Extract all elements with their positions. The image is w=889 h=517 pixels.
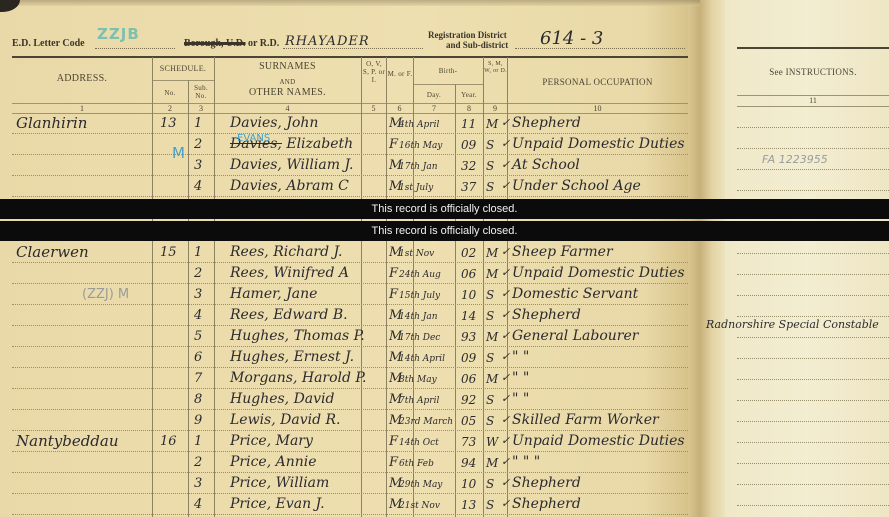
occupation-cell: " "	[512, 349, 529, 365]
occupation-cell: Unpaid Domestic Duties	[512, 136, 685, 152]
occupation-cell: " "	[512, 370, 529, 386]
right-row-rule	[737, 190, 889, 191]
schedule-sub-cell: 4	[194, 179, 202, 194]
col-sex: M. or F.	[387, 70, 413, 78]
marital-cell: S	[486, 288, 494, 302]
tick-icon: ✓	[501, 476, 510, 489]
birth-year-cell: 10	[461, 288, 476, 302]
birth-day-cell: 17th Jan	[399, 162, 438, 172]
occupation-cell: Shepherd	[512, 115, 581, 131]
name-cell: Price, Evan J.	[230, 496, 325, 512]
row-rule	[12, 133, 688, 134]
tick-icon: ✓	[501, 158, 510, 171]
right-row-rule	[737, 379, 889, 380]
name-cell: Hughes, Thomas P.	[230, 328, 365, 344]
marital-cell: W	[486, 435, 498, 449]
birth-day-cell: 14th Jan	[399, 312, 438, 322]
name-cell: Price, Annie	[230, 454, 317, 470]
name-text: Davies, Abram C	[230, 178, 349, 194]
col-instructions: See INSTRUCTIONS.	[737, 67, 889, 77]
name-text: Rees, Richard J.	[230, 244, 343, 260]
schedule-sub-cell: 1	[194, 434, 202, 449]
birth-year-cell: 13	[461, 498, 476, 512]
row-rule	[12, 451, 688, 452]
birth-day-cell: 1st Nov	[399, 249, 434, 259]
birth-day-cell: 8th May	[399, 375, 437, 385]
marital-cell: S	[486, 498, 494, 512]
row-rule	[12, 409, 688, 410]
schedule-sub-cell: 3	[194, 158, 202, 173]
address-cell: Glanhirin	[16, 114, 87, 132]
birth-year-cell: 06	[461, 267, 476, 281]
right-row-rule	[737, 274, 889, 275]
marital-cell: M	[486, 267, 498, 281]
register-right-page	[725, 0, 889, 517]
right-row-rule	[737, 463, 889, 464]
name-correction: EVANS	[237, 133, 270, 144]
address-cell: Nantybeddau	[16, 432, 119, 450]
schedule-sub-cell: 3	[194, 287, 202, 302]
colnum: 4	[214, 104, 361, 113]
colnum: 3	[188, 104, 214, 113]
name-text: Hamer, Jane	[230, 286, 317, 302]
name-text: Price, Evan J.	[230, 496, 325, 512]
row-rule	[12, 304, 688, 305]
occupation-cell: " " "	[512, 454, 540, 470]
address-annotation-zzj: (ZZJ) M	[82, 287, 129, 302]
tick-icon: ✓	[501, 308, 510, 321]
tick-icon: ✓	[501, 350, 510, 363]
occupation-cell: Under School Age	[512, 178, 641, 194]
marital-cell: S	[486, 180, 494, 194]
right-row-rule	[737, 316, 889, 317]
col-divider	[483, 57, 484, 517]
book-gutter	[688, 0, 728, 517]
birth-year-cell: 94	[461, 456, 476, 470]
table-top-rule	[12, 56, 688, 58]
name-cell: Rees, Edward B.	[230, 307, 348, 323]
marital-cell: S	[486, 393, 494, 407]
row-rule	[12, 262, 688, 263]
birth-day-cell: 17th Dec	[399, 333, 440, 343]
colnum: 2	[152, 104, 188, 113]
schedule-sub-cell: 3	[194, 476, 202, 491]
right-row-rule	[737, 400, 889, 401]
marital-cell: S	[486, 477, 494, 491]
name-text: Morgans, Harold P.	[230, 370, 366, 386]
colnum: 5	[361, 104, 386, 113]
name-cell: Rees, Richard J.	[230, 244, 343, 260]
occupation-cell: Sheep Farmer	[512, 244, 613, 260]
tick-icon: ✓	[501, 245, 510, 258]
name-cell: Davies, John	[230, 115, 318, 131]
name-cell: Price, William	[230, 475, 329, 491]
occupation-cell: Skilled Farm Worker	[512, 412, 659, 428]
birth-year-cell: 73	[461, 435, 476, 449]
occupation-cell: Unpaid Domestic Duties	[512, 433, 685, 449]
birth-subrule	[413, 84, 483, 85]
row-rule	[12, 514, 688, 515]
birth-day-cell: 4th April	[399, 120, 439, 130]
birth-day-cell: 14th April	[399, 354, 445, 364]
col-surnames-3: OTHER NAMES.	[214, 88, 361, 98]
col-schedule: SCHEDULE.	[152, 64, 214, 74]
col-birth: Birth-	[413, 66, 483, 76]
row-rule	[12, 154, 688, 155]
name-text: Lewis, David R.	[230, 412, 341, 428]
row-rule	[12, 325, 688, 326]
schedule-no-cell: 15	[160, 245, 177, 260]
tick-icon: ✓	[501, 371, 510, 384]
birth-year-cell: 93	[461, 330, 476, 344]
name-text: Price, Annie	[230, 454, 317, 470]
col-divider	[152, 57, 153, 517]
col-schedule-sub: Sub. No.	[188, 84, 214, 100]
name-text: Davies, John	[230, 115, 318, 131]
right-row-rule	[737, 337, 889, 338]
rd-dotline	[283, 48, 423, 49]
birth-year-cell: 09	[461, 138, 476, 152]
schedule-sub-cell: 2	[194, 266, 202, 281]
col-birth-year: Year.	[455, 90, 483, 100]
closed-record-notice: This record is officially closed.	[0, 199, 889, 219]
schedule-sub-cell: 2	[194, 137, 202, 152]
rd-label: or R.D.	[248, 38, 279, 49]
right-row-rule	[737, 169, 889, 170]
right-row-rule	[737, 148, 889, 149]
col-divider	[386, 57, 387, 517]
birth-day-cell: 16th May	[399, 141, 442, 151]
reg-district-label-1: Registration District	[428, 30, 507, 40]
schedule-sub-cell: 2	[194, 455, 202, 470]
closed-record-notice: This record is officially closed.	[0, 221, 889, 241]
right-colnum-rule	[737, 106, 889, 107]
birth-day-cell: 14th Oct	[399, 438, 439, 448]
tick-icon: ✓	[501, 116, 510, 129]
name-cell: Hughes, David	[230, 391, 335, 407]
col-birth-day: Day.	[413, 90, 455, 100]
tick-icon: ✓	[501, 413, 510, 426]
right-note-fa: FA 1223955	[762, 153, 828, 166]
borough-label-struck: Borough, U.D.	[184, 38, 246, 49]
name-cell: Rees, Winifred A	[230, 265, 349, 281]
tick-icon: ✓	[501, 497, 510, 510]
birth-day-cell: 21st Nov	[399, 501, 440, 511]
right-row-rule	[737, 358, 889, 359]
birth-day-cell: 1st July	[399, 183, 433, 193]
rd-value: RHAYADER	[285, 34, 370, 49]
marital-cell: M	[486, 456, 498, 470]
col-marital: S, M, W, or D.	[484, 61, 507, 75]
colnum: 11	[737, 96, 889, 105]
colnum: 8	[455, 104, 483, 113]
right-top-rule	[737, 47, 889, 49]
col-schedule-no: No.	[152, 88, 188, 98]
right-row-rule	[737, 253, 889, 254]
occupation-cell: At School	[512, 157, 580, 173]
birth-day-cell: 23rd March	[399, 417, 453, 427]
row-rule	[12, 283, 688, 284]
right-row-rule	[737, 505, 889, 506]
schedule-sub-cell: 8	[194, 392, 202, 407]
marital-cell: S	[486, 309, 494, 323]
col-divider	[455, 84, 456, 517]
col-surnames-1: SURNAMES	[214, 62, 361, 72]
reg-dotline	[515, 48, 685, 49]
name-text: Hughes, David	[230, 391, 335, 407]
occupation-cell: Domestic Servant	[512, 286, 638, 302]
name-cell: Morgans, Harold P.	[230, 370, 366, 386]
tick-icon: ✓	[501, 329, 510, 342]
row-rule	[12, 388, 688, 389]
address-cell: Claerwen	[16, 243, 89, 261]
marital-cell: M	[486, 330, 498, 344]
page-top-edge	[0, 0, 700, 6]
name-text: Price, Mary	[230, 433, 313, 449]
marital-cell: M	[486, 372, 498, 386]
name-text: Hughes, Thomas P.	[230, 328, 365, 344]
colnum: 7	[413, 104, 455, 113]
occupation-cell: Shepherd	[512, 496, 581, 512]
row-rule	[12, 346, 688, 347]
schedule-sub-cell: 9	[194, 413, 202, 428]
col-surnames-2: AND	[214, 77, 361, 87]
name-cell: Davies, Abram C	[230, 178, 349, 194]
birth-day-cell: 24th Aug	[399, 270, 441, 280]
col-divider	[214, 57, 215, 517]
ed-letter-code-value: ZZJB	[97, 25, 140, 43]
schedule-no-cell: 13	[160, 116, 177, 131]
name-text: Elizabeth	[286, 136, 353, 152]
col-address: ADDRESS.	[12, 74, 152, 84]
colnum: 1	[12, 104, 152, 113]
schedule-subrule	[152, 80, 214, 81]
schedule-sub-cell: 1	[194, 245, 202, 260]
birth-year-cell: 09	[461, 351, 476, 365]
ed-code-dotline	[95, 48, 175, 49]
schedule-sub-cell: 4	[194, 308, 202, 323]
birth-year-cell: 05	[461, 414, 476, 428]
colnum: 6	[386, 104, 413, 113]
birth-year-cell: 37	[461, 180, 476, 194]
right-row-rule	[737, 484, 889, 485]
birth-day-cell: 15th July	[399, 291, 440, 301]
tick-icon: ✓	[501, 266, 510, 279]
schedule-no-cell: 16	[160, 434, 177, 449]
col-ovspi: O, V, S, P. or I.	[362, 60, 386, 84]
right-row-rule	[737, 421, 889, 422]
schedule-sub-cell: 4	[194, 497, 202, 512]
ed-letter-code-label: E.D. Letter Code	[12, 38, 85, 49]
right-row-rule	[737, 295, 889, 296]
birth-day-cell: 29th May	[399, 480, 442, 490]
row-rule	[12, 175, 688, 176]
birth-year-cell: 10	[461, 477, 476, 491]
birth-year-cell: 32	[461, 159, 476, 173]
schedule-sub-cell: 5	[194, 329, 202, 344]
occupation-cell: Shepherd	[512, 475, 581, 491]
reg-district-value: 614 - 3	[540, 28, 603, 49]
name-cell: Lewis, David R.	[230, 412, 341, 428]
sex-cell: F	[389, 287, 398, 302]
marital-cell: S	[486, 351, 494, 365]
occupation-cell: Unpaid Domestic Duties	[512, 265, 685, 281]
name-cell: Davies, William J.	[230, 157, 353, 173]
occupation-cell: General Labourer	[512, 328, 638, 344]
col-occupation: PERSONAL OCCUPATION	[507, 77, 688, 87]
row-rule	[12, 493, 688, 494]
tick-icon: ✓	[501, 179, 510, 192]
name-text: Rees, Edward B.	[230, 307, 348, 323]
reg-district-label-2: and Sub-district	[446, 40, 508, 50]
marital-cell: M	[486, 117, 498, 131]
tick-icon: ✓	[501, 392, 510, 405]
sex-cell: F	[389, 137, 398, 152]
right-note-constable: Radnorshire Special Constable	[706, 318, 879, 331]
occupation-cell: " "	[512, 391, 529, 407]
birth-year-cell: 92	[461, 393, 476, 407]
marital-cell: M	[486, 246, 498, 260]
tick-icon: ✓	[501, 287, 510, 300]
row-rule	[12, 430, 688, 431]
birth-year-cell: 14	[461, 309, 476, 323]
schedule-sub-cell: 6	[194, 350, 202, 365]
tick-icon: ✓	[501, 455, 510, 468]
colnum: 9	[483, 104, 507, 113]
birth-year-cell: 11	[461, 117, 476, 131]
birth-year-cell: 02	[461, 246, 476, 260]
name-text: Rees, Winifred A	[230, 265, 349, 281]
row-rule	[12, 472, 688, 473]
name-cell: Price, Mary	[230, 433, 313, 449]
marital-cell: S	[486, 414, 494, 428]
tick-icon: ✓	[501, 137, 510, 150]
name-cell: Hughes, Ernest J.	[230, 349, 354, 365]
col-divider	[361, 57, 362, 517]
row-rule	[12, 367, 688, 368]
name-text: Hughes, Ernest J.	[230, 349, 354, 365]
row-rule	[12, 196, 688, 197]
marital-cell: S	[486, 159, 494, 173]
birth-year-cell: 06	[461, 372, 476, 386]
name-text: Davies, William J.	[230, 157, 353, 173]
sex-cell: F	[389, 266, 398, 281]
right-row-rule	[737, 127, 889, 128]
sex-cell: F	[389, 434, 398, 449]
marital-cell: S	[486, 138, 494, 152]
schedule-sub-cell: 1	[194, 116, 202, 131]
tick-icon: ✓	[501, 434, 510, 447]
colnum: 10	[507, 104, 688, 113]
birth-day-cell: 7th April	[399, 396, 439, 406]
colnum-bottom-rule	[12, 113, 688, 114]
sex-cell: F	[389, 455, 398, 470]
schedule-sub-cell: 7	[194, 371, 202, 386]
name-cell: Hamer, Jane	[230, 286, 317, 302]
birth-day-cell: 6th Feb	[399, 459, 434, 469]
occupation-cell: Shepherd	[512, 307, 581, 323]
annotation-left-mark: M	[172, 144, 185, 162]
right-row-rule	[737, 442, 889, 443]
name-text: Price, William	[230, 475, 329, 491]
